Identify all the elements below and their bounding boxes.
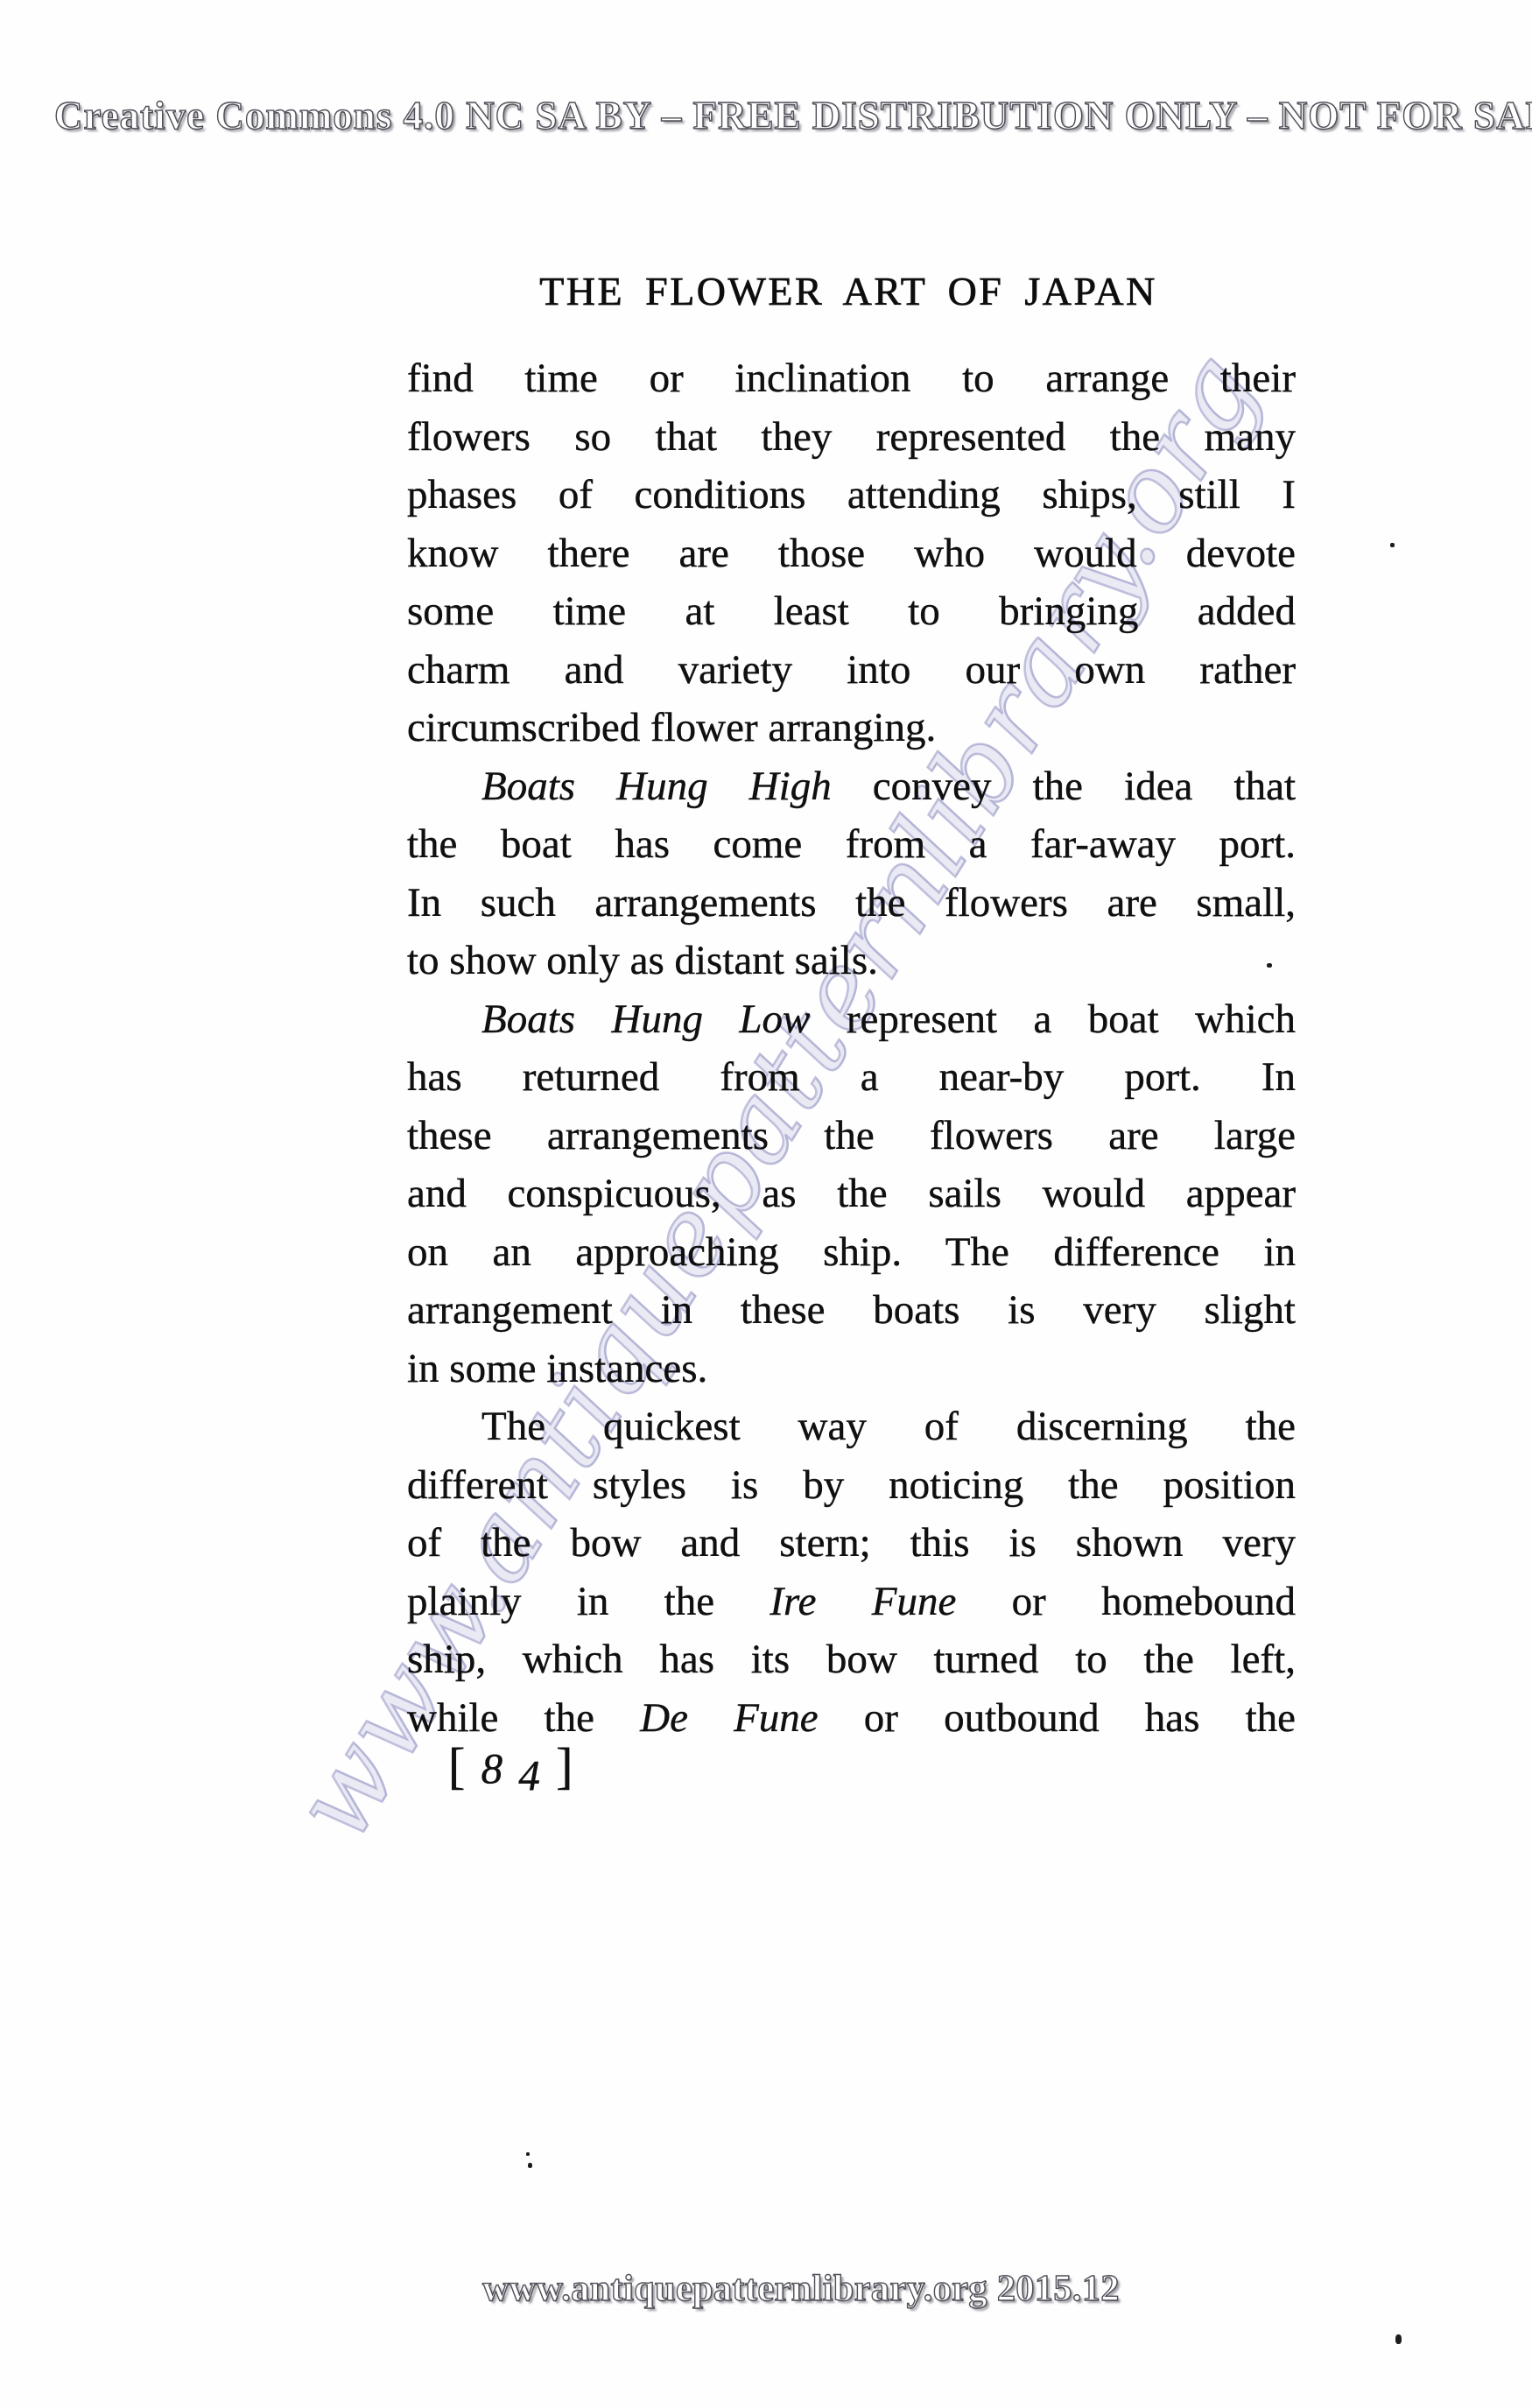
text-segment: some time at least to bringing added bbox=[407, 588, 1296, 634]
text-line: these arrangements the flowers are large bbox=[407, 1107, 1296, 1165]
bracket-close: ] bbox=[556, 1737, 573, 1794]
text-segment: circumscribed flower arranging. bbox=[407, 705, 936, 750]
text-line: some time at least to bringing added bbox=[407, 582, 1296, 641]
scan-artifact bbox=[1390, 543, 1395, 547]
text-segment: and conspicuous, as the sails would appe… bbox=[407, 1171, 1296, 1216]
text-segment: these arrangements the flowers are large bbox=[407, 1113, 1296, 1158]
italic-phrase: Boats Hung High bbox=[481, 764, 832, 809]
page-title: THE FLOWER ART OF JAPAN bbox=[403, 268, 1294, 314]
text-line: and conspicuous, as the sails would appe… bbox=[407, 1165, 1296, 1223]
italic-phrase: De Fune bbox=[640, 1695, 819, 1741]
bracket-open: [ bbox=[448, 1737, 465, 1794]
license-banner: Creative Commons 4.0 NC SA BY – FREE DIS… bbox=[54, 93, 1367, 138]
scan-artifact bbox=[526, 2152, 530, 2156]
text-line: circumscribed flower arranging. bbox=[407, 699, 1296, 757]
text-segment: or homebound bbox=[956, 1579, 1296, 1624]
page-number-digit: 4 bbox=[518, 1750, 545, 1800]
text-segment: ship, which has its bow turned to the le… bbox=[407, 1637, 1296, 1682]
text-line: arrangement in these boats is very sligh… bbox=[407, 1281, 1296, 1340]
text-line: Boats Hung High convey the idea that bbox=[407, 757, 1296, 816]
text-segment: charm and variety into our own rather bbox=[407, 647, 1296, 693]
scan-artifact bbox=[1267, 963, 1272, 968]
text-line: charm and variety into our own rather bbox=[407, 641, 1296, 700]
page-number-digit: 8 bbox=[476, 1744, 509, 1792]
scan-artifact bbox=[1395, 2334, 1402, 2344]
text-segment: on an approaching ship. The difference i… bbox=[407, 1229, 1296, 1275]
text-segment: arrangement in these boats is very sligh… bbox=[407, 1287, 1296, 1333]
page-number: [ 8 4 ] bbox=[448, 1736, 573, 1795]
italic-phrase: Ire Fune bbox=[770, 1579, 956, 1624]
text-line: on an approaching ship. The difference i… bbox=[407, 1223, 1296, 1282]
text-segment: or outbound has the bbox=[819, 1695, 1296, 1741]
scan-artifact bbox=[528, 2163, 532, 2168]
text-line: ship, which has its bow turned to the le… bbox=[407, 1630, 1296, 1689]
scanned-page: Creative Commons 4.0 NC SA BY – FREE DIS… bbox=[0, 0, 1532, 2408]
footer-url: www.antiquepatternlibrary.org 2015.12 bbox=[350, 2268, 1252, 2310]
